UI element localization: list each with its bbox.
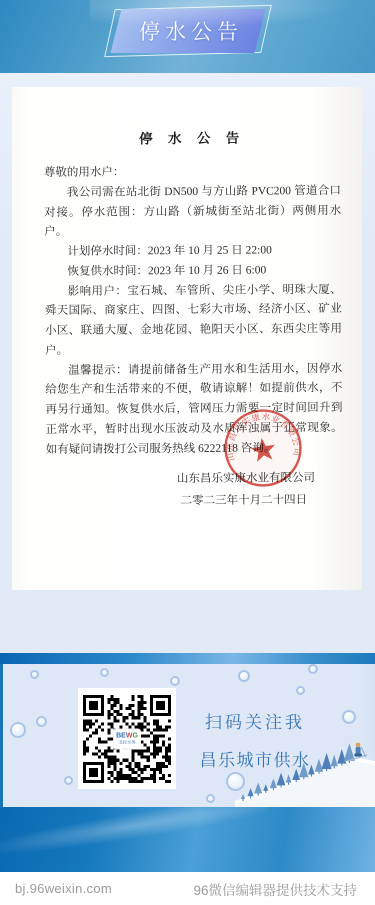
bubble: [36, 716, 47, 727]
qr-logo-subtext: 北控水务: [118, 739, 135, 744]
qr-center-logo: BEWG 北控水务: [114, 729, 140, 748]
bubble: [10, 722, 26, 738]
bubble: [296, 686, 305, 695]
footer-credit-text: 96微信编辑器提供技术支持: [193, 879, 357, 899]
bubble: [30, 670, 39, 679]
bubble: [342, 710, 356, 724]
notice-affected-users: 影响用户：宝石城、车管所、尖庄小学、明珠大厦、舜天国际、商家庄、四图、七彩大市场…: [45, 281, 343, 362]
content-area: 停 水 公 告 尊敬的用水户： 我公司需在站北街 DN500 与方山路 PVC2…: [0, 73, 375, 653]
promo-section: BEWG 北控水务 扫码关注我 昌乐城市供水: [0, 664, 375, 807]
promo-line-1: 扫码关注我: [188, 708, 322, 733]
notice-stop-time: 计划停水时间：2023 年 10 月 25 日 22:00: [44, 241, 341, 263]
company-seal-stamp: 山东昌乐实康水业有限公司: [217, 402, 310, 495]
qr-logo-text: BEWG: [116, 732, 138, 739]
notice-text-block: 停 水 公 告 尊敬的用水户： 我公司需在站北街 DN500 与方山路 PVC2…: [10, 86, 364, 591]
page: 停水公告 停 水 公 告 尊敬的用水户： 我公司需在站北街 DN500 与方山路…: [0, 0, 375, 905]
notice-document: 停 水 公 告 尊敬的用水户： 我公司需在站北街 DN500 与方山路 PVC2…: [12, 87, 362, 590]
banner-title-box: 停水公告: [111, 9, 266, 53]
footer-site-url: bj.96weixin.com: [15, 881, 112, 896]
qr-code: BEWG 北控水务: [78, 688, 176, 789]
notice-salutation: 尊敬的用水户：: [44, 162, 341, 184]
footer-bar: bj.96weixin.com 96微信编辑器提供技术支持: [0, 872, 375, 905]
notice-title: 停 水 公 告: [44, 126, 341, 148]
bubble: [170, 676, 180, 686]
bubble: [238, 670, 250, 682]
notice-paragraph: 我公司需在站北街 DN500 与方山路 PVC200 管道合口对接。停水范围：方…: [44, 182, 341, 243]
bubble: [308, 664, 318, 674]
bubble: [100, 668, 109, 677]
bubble: [206, 794, 215, 803]
notice-resume-time: 恢复供水时间：2023 年 10 月 26 日 6:00: [44, 261, 341, 283]
bottom-blue-band: [0, 807, 375, 872]
promo-top-stripe: [0, 653, 375, 664]
bubble: [64, 776, 73, 785]
banner-title: 停水公告: [134, 16, 243, 46]
notice-date: 二零二三年十月二十四日: [46, 490, 343, 514]
header-banner: 停水公告: [0, 0, 375, 73]
snow-slope-illustration: [235, 735, 375, 807]
